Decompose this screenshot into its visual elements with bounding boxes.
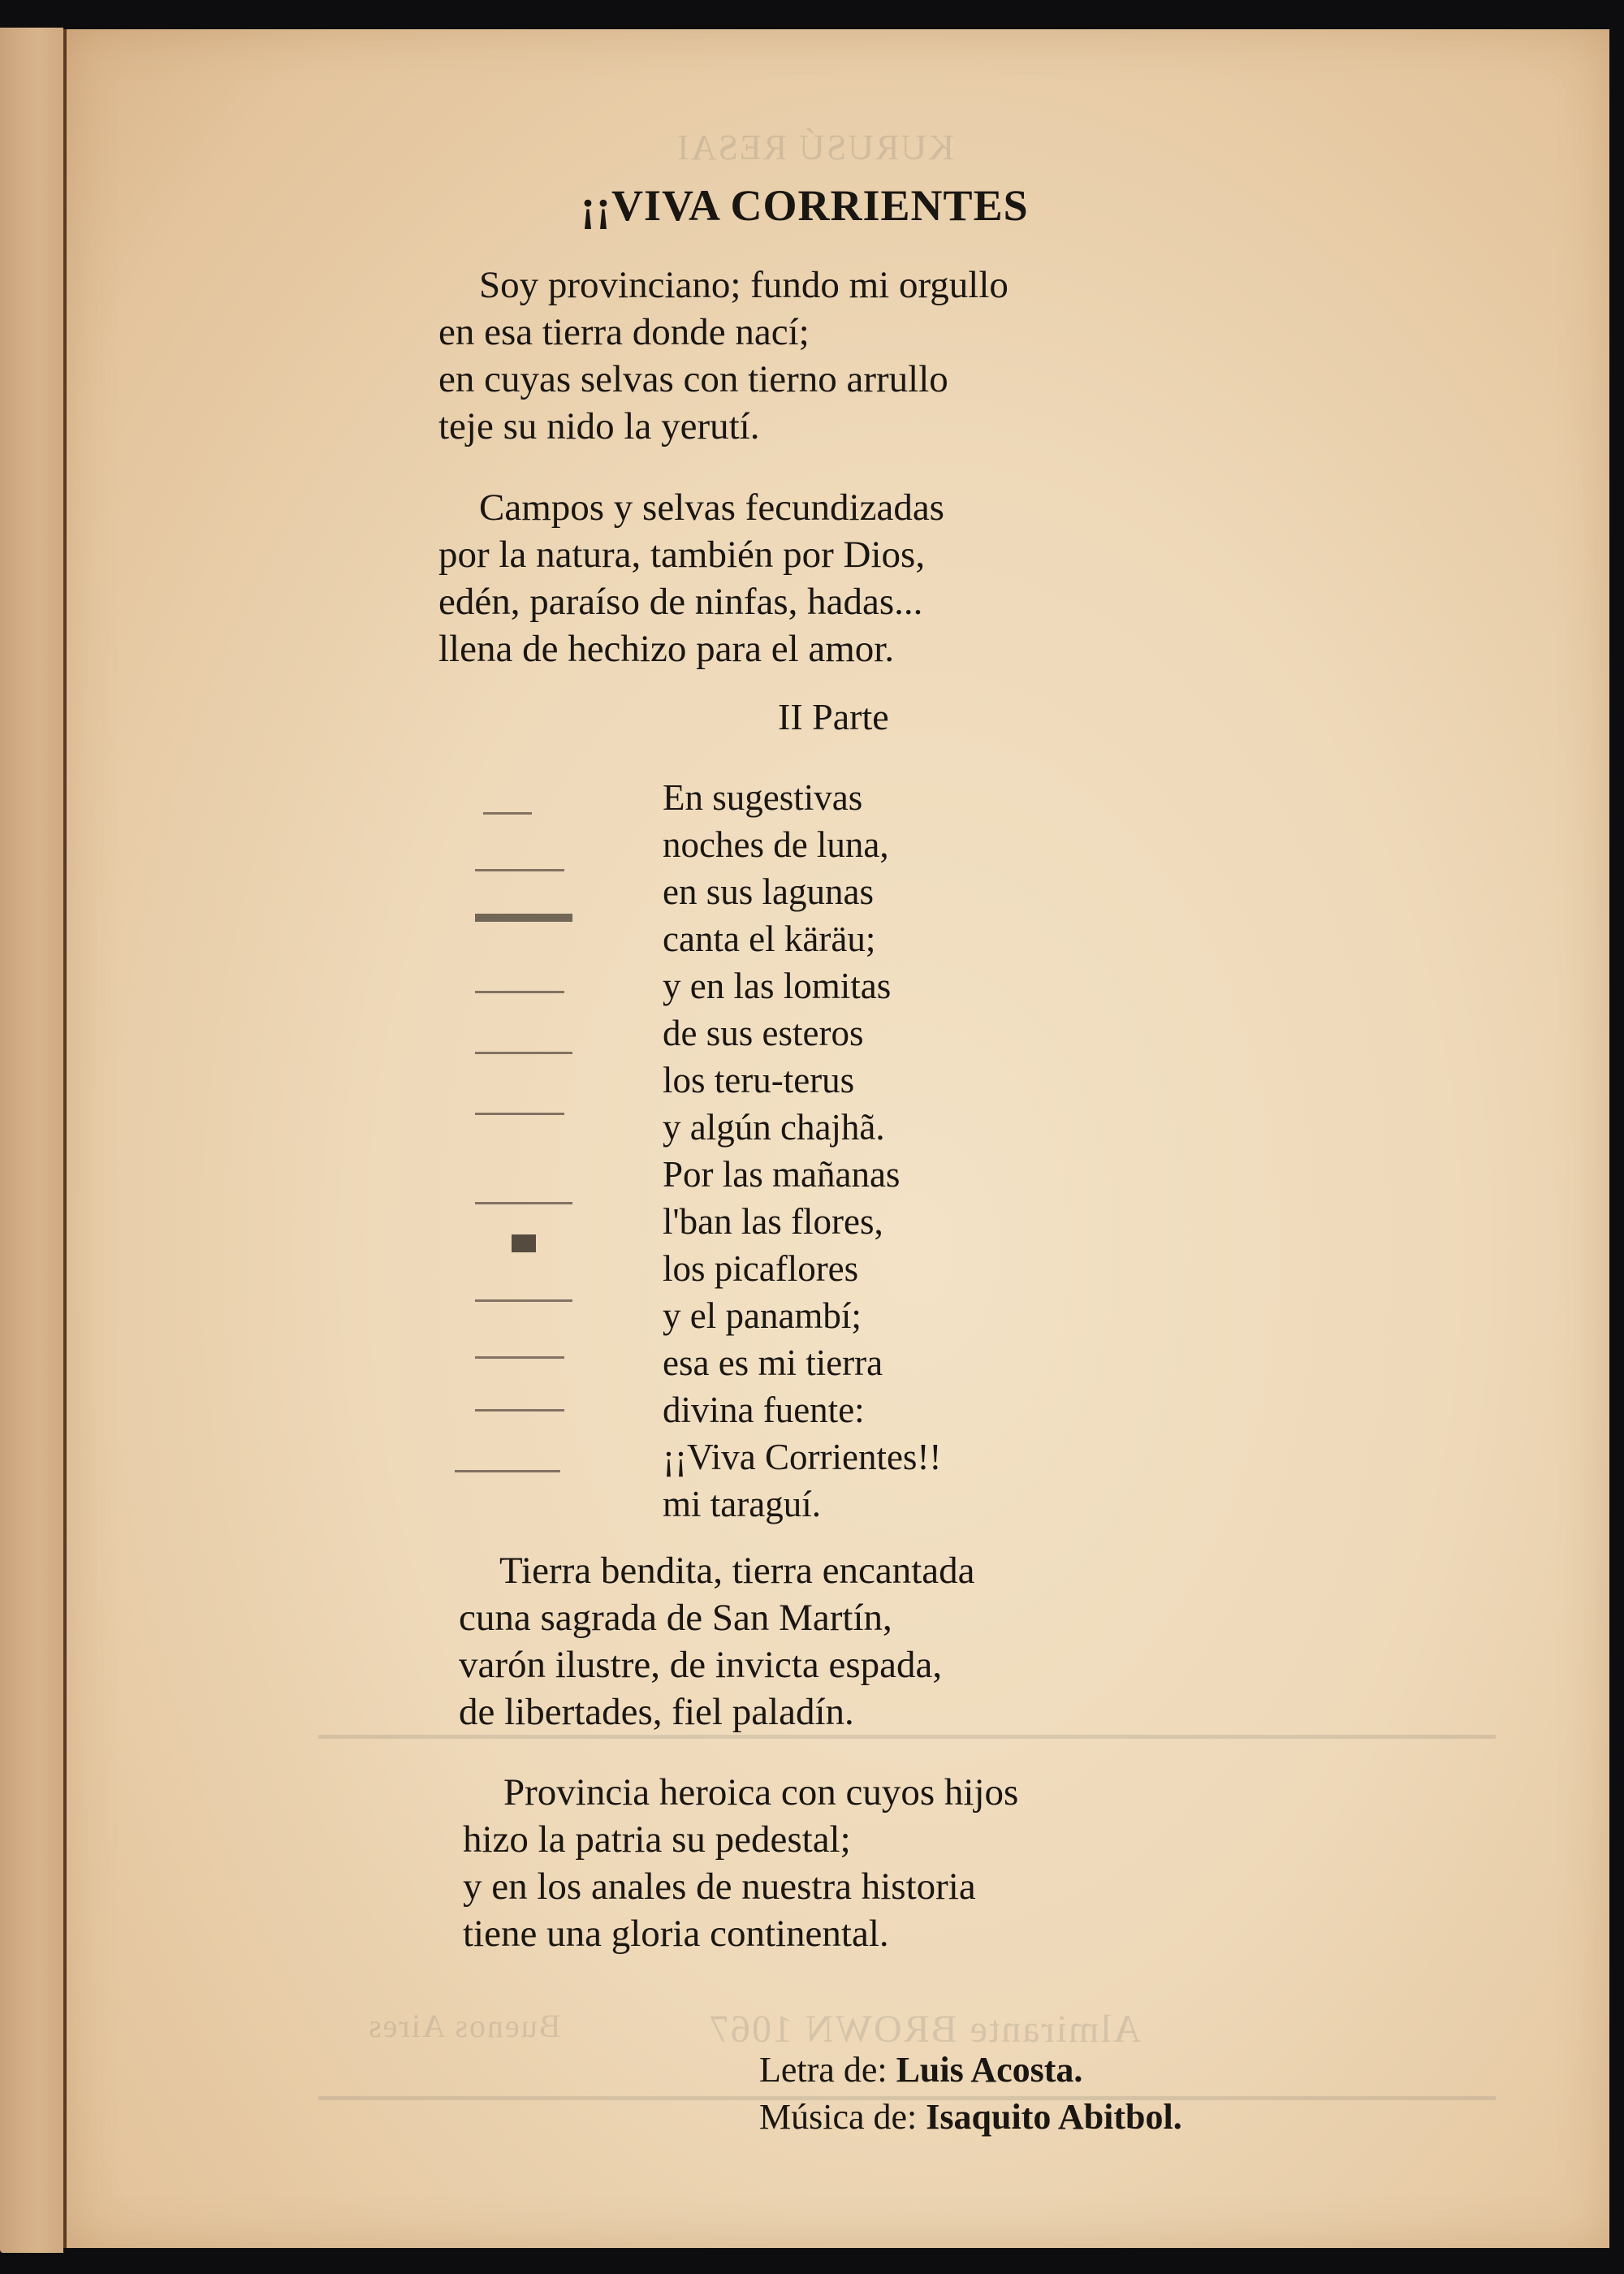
verse-line: y en las lomitas [663,962,941,1009]
bleed-through-header: KURUSÚ RESAI [676,127,954,168]
verse-line: Tierra bendita, tierra encantada [459,1547,974,1594]
stanza-1: Soy provinciano; fundo mi orgullo en esa… [438,262,1009,450]
verse-line: esa es mi tierra [663,1339,941,1386]
verse-line: y en los anales de nuestra historia [463,1863,1018,1910]
song-title: ¡¡VIVA CORRIENTES [581,180,1029,231]
verse-line: Campos y selvas fecundizadas [438,484,944,531]
credits: Letra de: Luis Acosta. Música de: Isaqui… [759,2047,1182,2141]
verse-line: En sugestivas [663,774,941,821]
verse-line: ¡¡Viva Corrientes!! [663,1433,941,1481]
verse-line: canta el käräu; [663,915,941,962]
music-author: Isaquito Abitbol. [926,2097,1181,2137]
verse-line: en sus lagunas [663,868,941,915]
verse-line: y algún chajhã. [663,1104,941,1151]
verse-line: Por las mañanas [663,1151,941,1198]
verse-line: Provincia heroica con cuyos hijos [463,1769,1018,1816]
verse-line: mi taraguí. [663,1481,941,1528]
stanza-3: Tierra bendita, tierra encantada cuna sa… [459,1547,974,1736]
bleed-through-city: Buenos Aires [367,2007,560,2045]
verse-line: varón ilustre, de invicta espada, [459,1641,974,1688]
verse-line: llena de hechizo para el amor. [438,625,944,672]
verse-line: Soy provinciano; fundo mi orgullo [438,262,1009,309]
adjacent-page-edge [0,28,63,2253]
verse-line: divina fuente: [663,1386,941,1433]
verse-line: l'ban las flores, [663,1198,941,1245]
verse-line: de libertades, fiel paladín. [459,1688,974,1736]
verse-line: los picaflores [663,1245,941,1292]
verse-line: teje su nido la yerutí. [438,403,1009,450]
verse-line: en esa tierra donde nací; [438,309,1009,356]
music-label: Música de: [759,2097,917,2137]
bleed-through-address: Almirante BROWN 1067 [708,2007,1141,2051]
verse-line: y el panambí; [663,1292,941,1339]
verse-line: hizo la patria su pedestal; [463,1816,1018,1863]
lyrics-credit: Letra de: Luis Acosta. [759,2047,1182,2094]
lyrics-author: Luis Acosta. [896,2050,1083,2090]
verse-line: tiene una gloria continental. [463,1910,1018,1957]
verse-line: los teru-terus [663,1057,941,1104]
verse-line: en cuyas selvas con tierno arrullo [438,356,1009,403]
verse-line: de sus esteros [663,1009,941,1057]
part-two-heading: II Parte [778,695,889,738]
stanza-4: Provincia heroica con cuyos hijos hizo l… [463,1769,1018,1957]
verse-line: por la natura, también por Dios, [438,531,944,578]
verse-line: cuna sagrada de San Martín, [459,1594,974,1641]
lyrics-label: Letra de: [759,2050,888,2090]
verse-line: noches de luna, [663,821,941,868]
stanza-2: Campos y selvas fecundizadas por la natu… [438,484,944,672]
music-credit: Música de: Isaquito Abitbol. [759,2094,1182,2141]
part-two-verse: En sugestivas noches de luna, en sus lag… [663,774,941,1528]
faded-ornament-illustration [451,780,589,1486]
verse-line: edén, paraíso de ninfas, hadas... [438,578,944,625]
